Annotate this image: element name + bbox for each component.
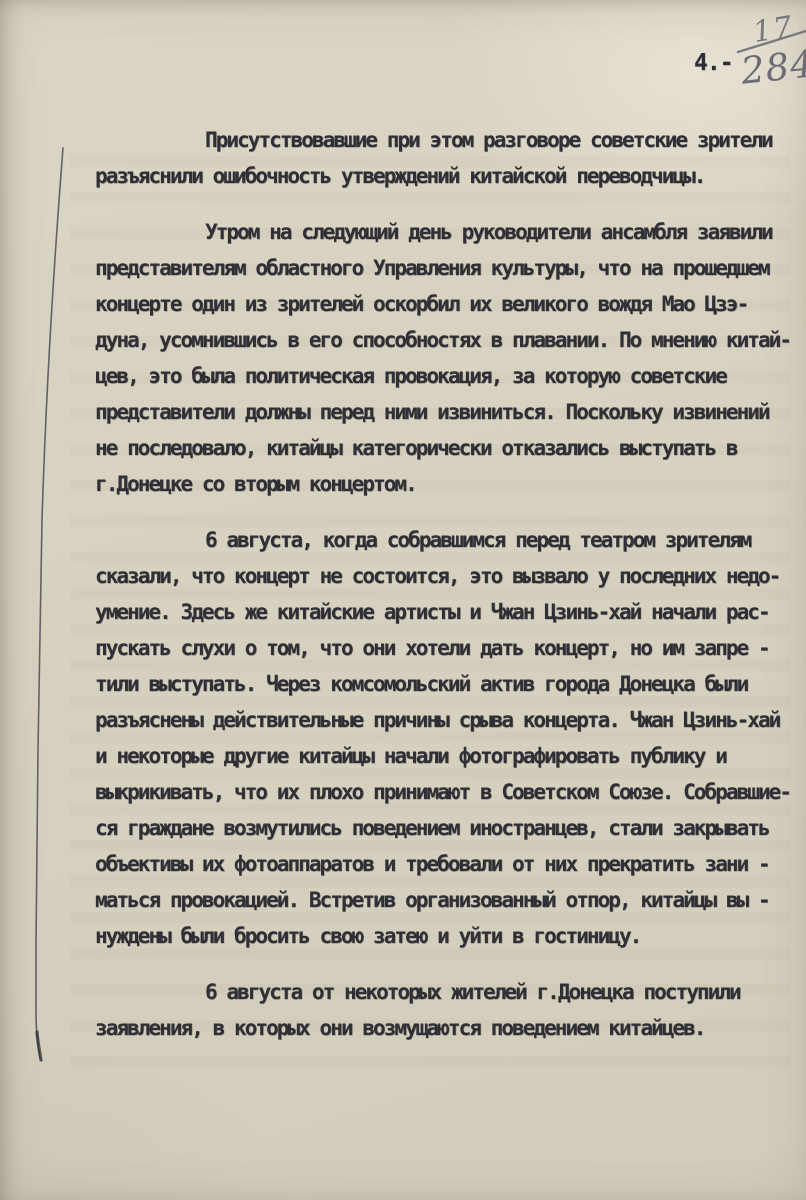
text-line: Присутствовавшие при этом разговоре сове… bbox=[95, 122, 803, 158]
paragraph: 6 августа от некоторых жителей г.Донецка… bbox=[95, 974, 803, 1046]
text-line: маться провокацией. Встретив организован… bbox=[95, 882, 803, 918]
text-line: умение. Здесь же китайские артисты и Чжа… bbox=[95, 594, 803, 630]
crossed-out-page-number: 17 bbox=[751, 9, 797, 49]
text-line: и некоторые другие китайцы начали фотогр… bbox=[95, 738, 803, 774]
document-text: Присутствовавшие при этом разговоре сове… bbox=[95, 122, 803, 1046]
text-line: цев, это была политическая провокация, з… bbox=[95, 358, 803, 394]
text-line: сказали, что концерт не состоится, это в… bbox=[95, 558, 803, 594]
paragraph: 6 августа, когда собравшимся перед театр… bbox=[95, 522, 803, 954]
paragraph: Утром на следующий день руководители анс… bbox=[95, 214, 803, 502]
typed-page-number: 4.- bbox=[694, 50, 733, 76]
text-line: концерте один из зрителей оскорбил их ве… bbox=[95, 286, 803, 322]
text-line: 6 августа от некоторых жителей г.Донецка… bbox=[95, 974, 803, 1010]
text-line: разъяснили ошибочность утверждений китай… bbox=[95, 158, 803, 194]
text-line: 6 августа, когда собравшимся перед театр… bbox=[95, 522, 803, 558]
text-line: представителям областного Управления кул… bbox=[95, 250, 803, 286]
document-page: 4.- 17 284 Присутствовавшие при этом раз… bbox=[0, 0, 806, 1200]
text-line: представители должны перед ними извинить… bbox=[95, 394, 803, 430]
text-line: нуждены были бросить свою затею и уйти в… bbox=[95, 918, 803, 954]
text-line: тили выступать. Через комсомольский акти… bbox=[95, 666, 803, 702]
strikethrough-mark bbox=[0, 0, 806, 120]
text-line: г.Донецке со вторым концертом. bbox=[95, 466, 803, 502]
text-line: дуна, усомнившись в его способностях в п… bbox=[95, 322, 803, 358]
text-line: не последовало, китайцы категорически от… bbox=[95, 430, 803, 466]
archival-page-number: 284 bbox=[739, 42, 806, 92]
text-line: выкрикивать, что их плохо принимают в Со… bbox=[95, 774, 803, 810]
text-line: разъяснены действительные причины срыва … bbox=[95, 702, 803, 738]
text-line: ся граждане возмутились поведением иност… bbox=[95, 810, 803, 846]
text-line: заявления, в которых они возмущаются пов… bbox=[95, 1010, 803, 1046]
text-line: объективы их фотоаппаратов и требовали о… bbox=[95, 846, 803, 882]
paragraph: Присутствовавшие при этом разговоре сове… bbox=[95, 122, 803, 194]
text-line: пускать слухи о том, что они хотели дать… bbox=[95, 630, 803, 666]
text-line: Утром на следующий день руководители анс… bbox=[95, 214, 803, 250]
